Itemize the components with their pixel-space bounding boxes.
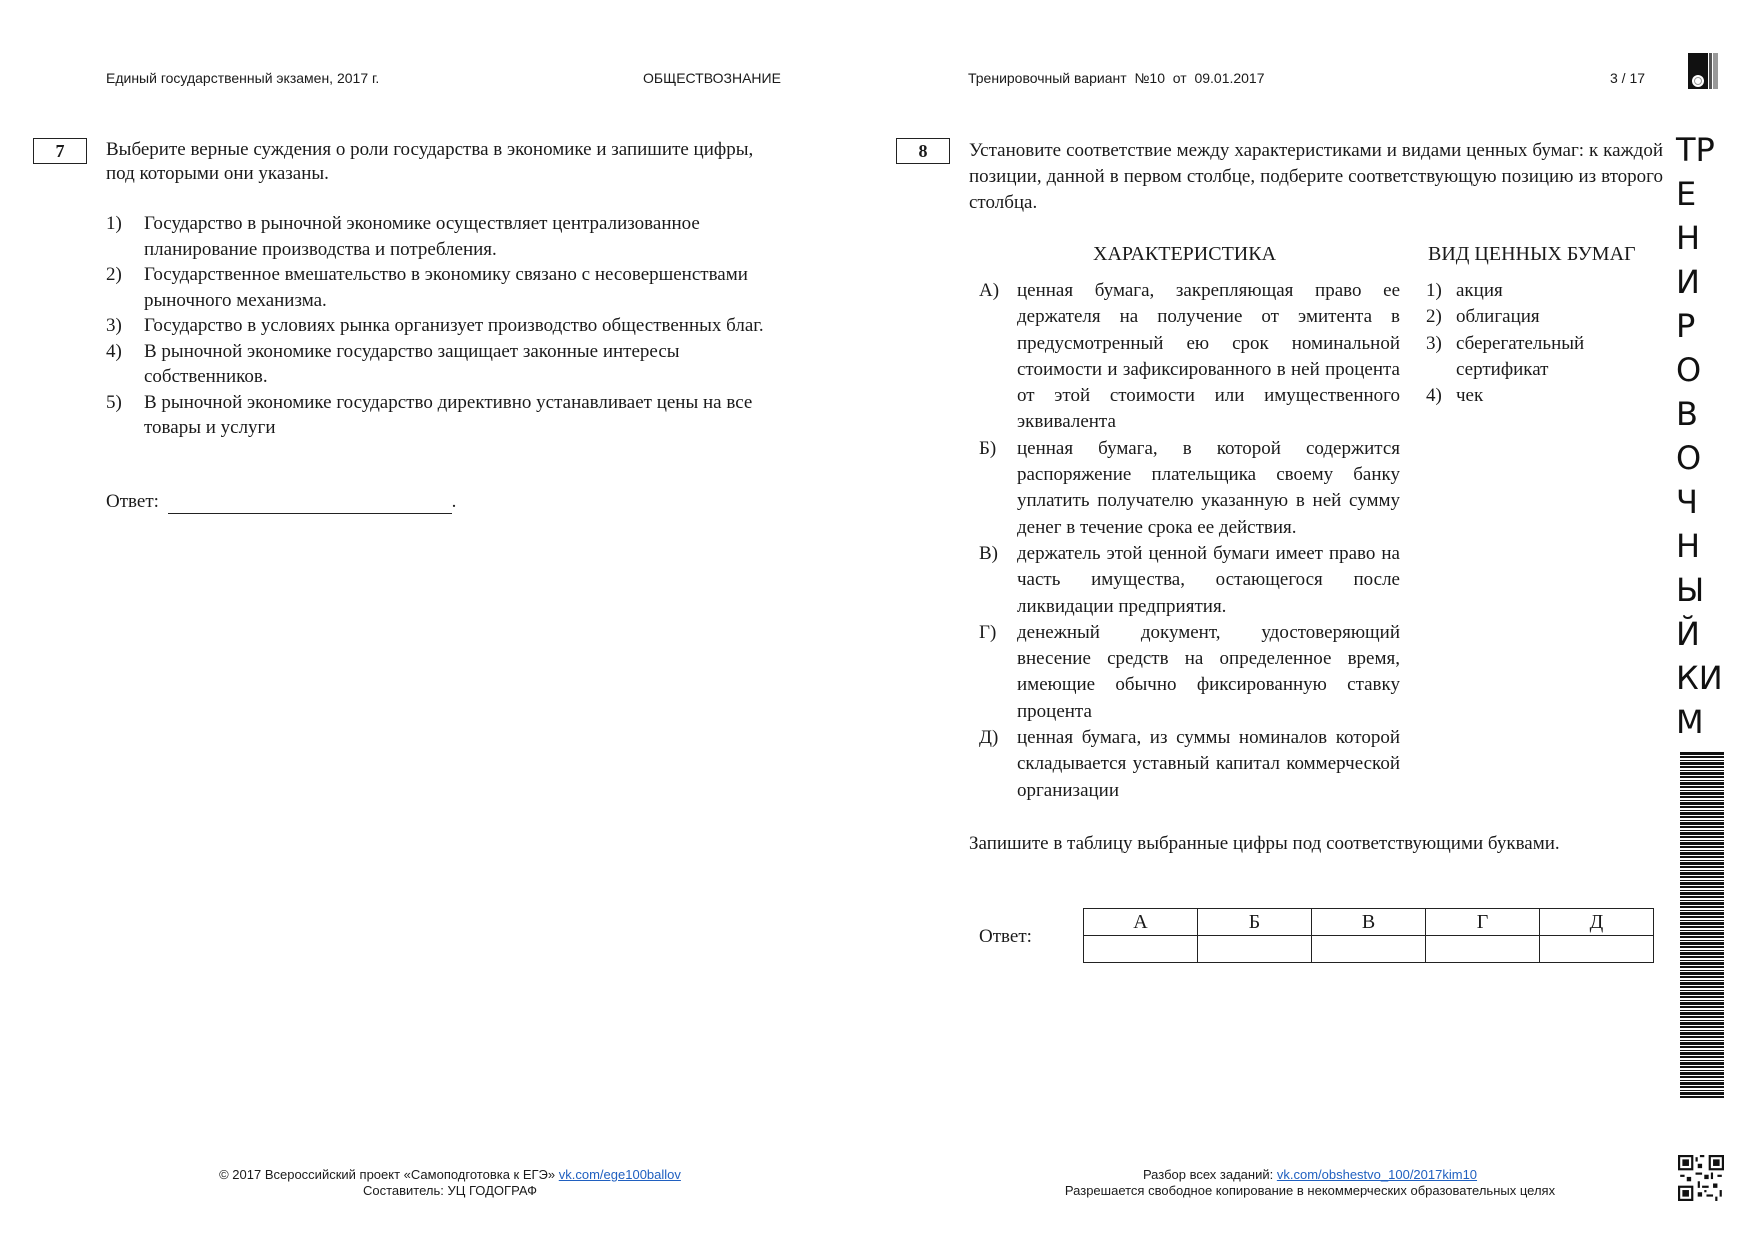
characteristic-v: В)держатель этой ценной бумаги имеет пра… [979,541,1400,620]
task-8-col1-title: ХАРАКТЕРИСТИКА [1093,242,1276,266]
answer-cell-g[interactable] [1426,936,1540,963]
task-7-answer: Ответ: . [106,490,456,514]
footer-left: © 2017 Всероссийский проект «Самоподгото… [150,1167,750,1199]
task-7-option-1: 1)Государство в рыночной экономике осуще… [106,211,786,262]
characteristic-a: А)ценная бумага, закрепляющая право ее д… [979,278,1400,436]
characteristic-d: Д)ценная бумага, из суммы номиналов кото… [979,725,1400,804]
task-7-prompt: Выберите верные суждения о роли государс… [106,138,786,186]
header-variant: Тренировочный вариант №10 от 09.01.2017 [968,70,1265,86]
task-8-answer-table: А Б В Г Д [1083,908,1654,963]
answer-table-value-row [1084,936,1654,963]
task-7-option-5: 5)В рыночной экономике государство дирек… [106,390,786,441]
task-7-options: 1)Государство в рыночной экономике осуще… [106,211,786,441]
characteristic-b: Б)ценная бумага, в которой содержится ра… [979,436,1400,541]
answer-cell-d[interactable] [1540,936,1654,963]
exam-logo-icon [1688,53,1718,89]
footer-right-label: Разбор всех заданий: [1143,1167,1273,1182]
footer-right-link[interactable]: vk.com/obshestvo_100/2017kim10 [1277,1167,1477,1182]
type-1: 1)акция [1426,278,1626,304]
barcode-icon [1680,752,1724,1100]
footer-left-link[interactable]: vk.com/ege100ballov [559,1167,681,1182]
header-exam-title: Единый государственный экзамен, 2017 г. [106,70,379,86]
task-8-prompt: Установите соответствие между характерис… [969,138,1663,216]
answer-header-v: В [1312,909,1426,936]
task-8-instruction: Запишите в таблицу выбранные цифры под с… [969,832,1560,856]
header-subject: ОБЩЕСТВОЗНАНИЕ [643,70,781,86]
task-7-answer-field[interactable] [168,493,452,514]
answer-cell-v[interactable] [1312,936,1426,963]
answer-header-d: Д [1540,909,1654,936]
task-8-characteristics: А)ценная бумага, закрепляющая право ее д… [979,278,1400,804]
type-3: 3)сберегательный сертификат [1426,331,1626,384]
answer-cell-a[interactable] [1084,936,1198,963]
answer-header-g: Г [1426,909,1540,936]
task-7-option-3: 3)Государство в условиях рынка организуе… [106,313,786,339]
side-watermark: ТР Е Н И Р О В О Ч Н Ы Й КИ М [1676,128,1726,744]
qr-code-icon [1678,1155,1724,1201]
task-8-col2-title: ВИД ЦЕННЫХ БУМАГ [1428,242,1636,266]
task-7-option-4: 4)В рыночной экономике государство защищ… [106,339,786,390]
task-7-option-2: 2)Государственное вмешательство в эконом… [106,262,786,313]
footer-right: Разбор всех заданий: vk.com/obshestvo_10… [1000,1167,1620,1199]
page-number: 3 / 17 [1610,70,1645,86]
footer-left-copyright: © 2017 Всероссийский проект «Самоподгото… [219,1167,555,1182]
task-7-answer-label: Ответ: [106,491,159,512]
answer-table-header-row: А Б В Г Д [1084,909,1654,936]
answer-header-b: Б [1198,909,1312,936]
task-8-number: 8 [896,138,950,164]
footer-right-license: Разрешается свободное копирование в неко… [1000,1183,1620,1199]
answer-header-a: А [1084,909,1198,936]
type-2: 2)облигация [1426,304,1626,330]
footer-left-author: Составитель: УЦ ГОДОГРАФ [150,1183,750,1199]
task-8-answer-label: Ответ: [979,925,1032,949]
task-8-types: 1)акция 2)облигация 3)сберегательный сер… [1426,278,1626,409]
type-4: 4)чек [1426,383,1626,409]
answer-cell-b[interactable] [1198,936,1312,963]
characteristic-g: Г)денежный документ, удостоверяющий внес… [979,620,1400,725]
task-7-number: 7 [33,138,87,164]
